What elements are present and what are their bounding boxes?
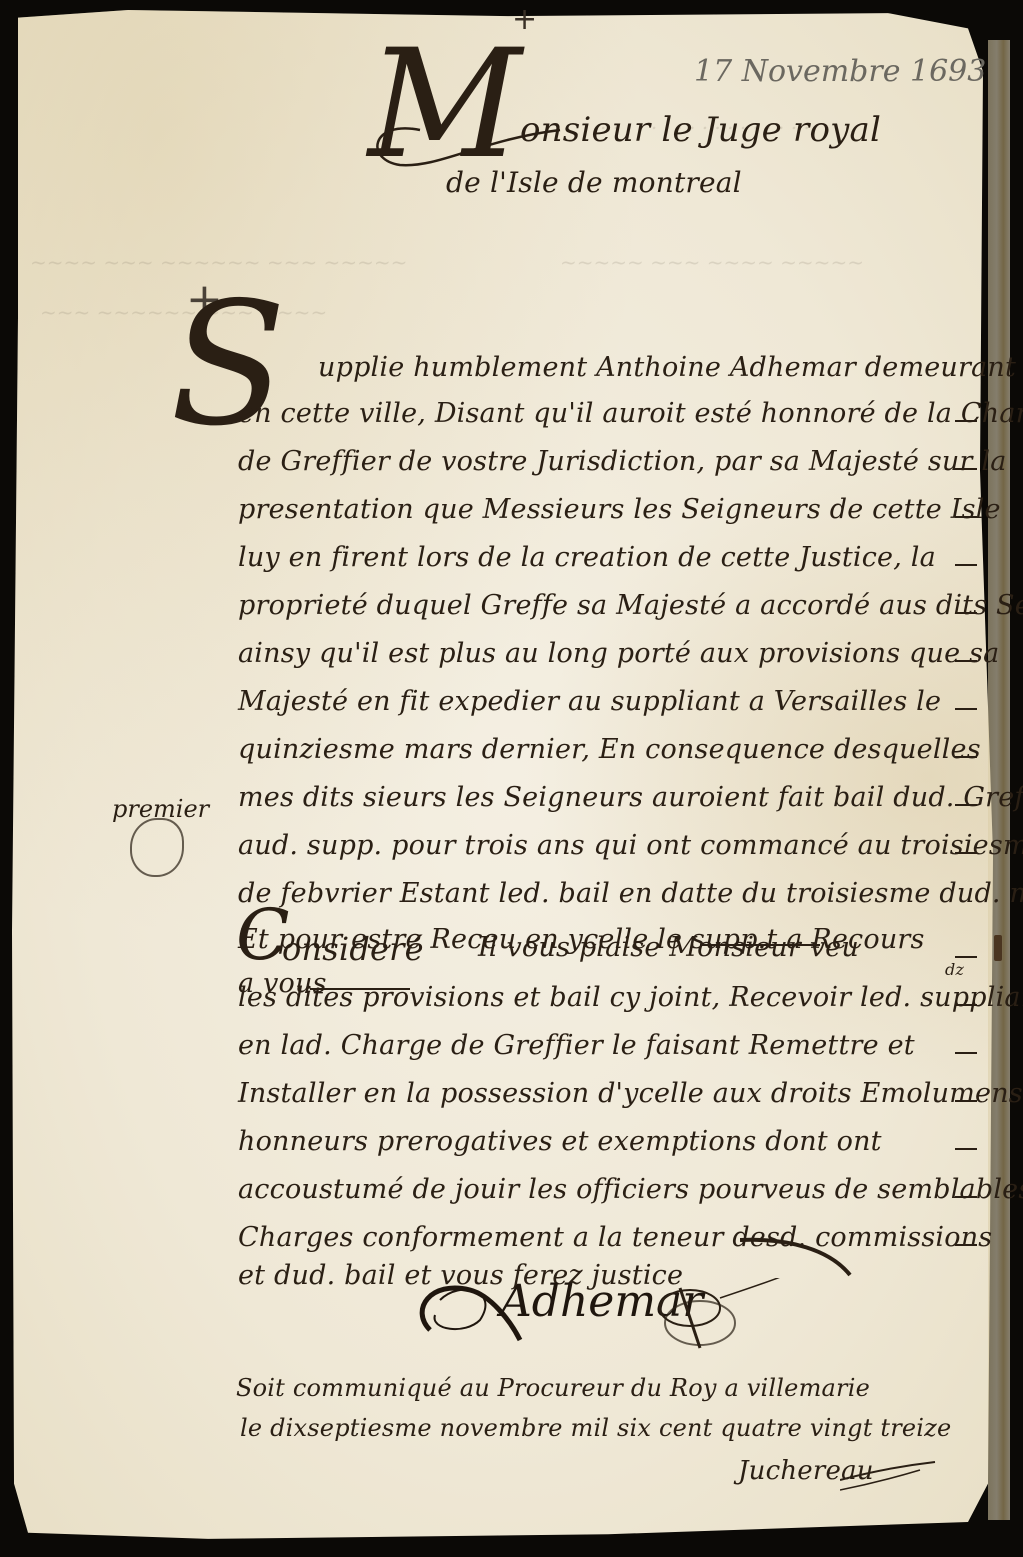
ink-stain — [994, 935, 1002, 961]
header-line-1: onsieur le Juge royal — [520, 110, 881, 150]
body-line: Majesté en fit expedier au suppliant a V… — [238, 686, 941, 717]
line-filler-dash — [955, 1004, 977, 1006]
line-filler-dash — [955, 468, 977, 470]
body-line: mes dits sieurs les Seigneurs auroient f… — [238, 782, 1023, 813]
conclusion-line: Il vous plaise Monsieur veu — [478, 932, 859, 963]
superscript-abbrev: dz — [945, 960, 964, 979]
bleed-through-text: ~~~~~ ~~~ ~~~~ ~~~~~ — [560, 250, 864, 274]
header-line-2: de l'Isle de montreal — [446, 166, 742, 199]
signature-paraph-icon — [640, 1278, 860, 1353]
conclusion-line: accoustumé de jouir les officiers pourve… — [238, 1174, 1023, 1205]
endorsement-line: le dixseptiesme novembre mil six cent qu… — [240, 1414, 951, 1442]
line-filler-dash — [955, 804, 977, 806]
line-filler-dash — [955, 516, 977, 518]
body-line: presentation que Messieurs les Seigneurs… — [238, 494, 1001, 525]
body-line: quinziesme mars dernier, En consequence … — [238, 734, 981, 765]
line-filler-dash — [955, 852, 977, 854]
body-line: aud. supp. pour trois ans qui ont comman… — [238, 830, 1023, 861]
body-line: proprieté duquel Greffe sa Majesté a acc… — [238, 590, 1023, 621]
body-line: ainsy qu'il est plus au long porté aux p… — [238, 638, 999, 669]
line-filler-dash — [955, 1052, 977, 1054]
line-filler-dash — [955, 1100, 977, 1102]
line-filler-dash — [955, 1196, 977, 1198]
conclusion-line: Installer en la possession d'ycelle aux … — [238, 1078, 1023, 1109]
archival-date-note: 17 Novembre 1693 — [694, 54, 986, 89]
body-line: upplie humblement Anthoine Adhemar demeu… — [318, 352, 1016, 383]
line-filler-dash — [955, 756, 977, 758]
line-filler-dash — [955, 708, 977, 710]
conclusion-line: Charges conformement a la teneur desd. c… — [238, 1222, 992, 1253]
body-line: de Greffier de vostre Jurisdiction, par … — [238, 446, 1007, 477]
closing-flourish — [740, 1230, 860, 1280]
conclusion-line: les dites provisions et bail cy joint, R… — [238, 982, 1023, 1013]
line-filler-dash — [955, 660, 977, 662]
line-filler-dash — [955, 564, 977, 566]
line-filler-dash — [955, 1148, 977, 1150]
header-initial-M: M — [368, 30, 522, 180]
conclusion-line: honneurs prerogatives et exemptions dont… — [238, 1126, 882, 1157]
endorsement-signature-flourish — [840, 1460, 940, 1500]
conclusion-first-word: onsideré — [282, 930, 424, 968]
line-filler-dash — [955, 1244, 977, 1246]
line-filler-dash — [955, 956, 977, 958]
margin-paraph-icon — [130, 818, 184, 877]
endorsement-line: Soit communiqué au Procureur du Roy a vi… — [236, 1374, 870, 1402]
line-filler-dash — [955, 420, 977, 422]
conclusion-line: en lad. Charge de Greffier le faisant Re… — [238, 1030, 915, 1061]
paper-fold-edge — [988, 40, 1010, 1520]
body-line: de febvrier Estant led. bail en datte du… — [238, 878, 1023, 909]
body-line: luy en firent lors de la creation de cet… — [238, 542, 936, 573]
body-line: en cette ville, Disant qu'il auroit esté… — [238, 398, 1023, 429]
line-filler-dash — [955, 612, 977, 614]
